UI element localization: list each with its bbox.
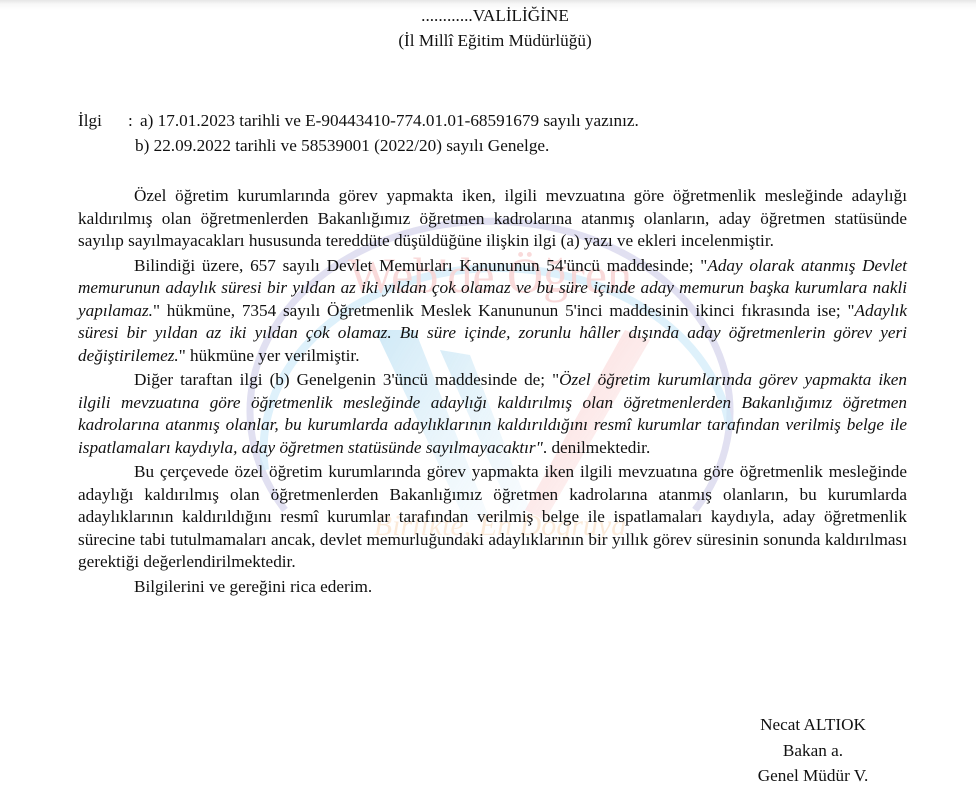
signatory-title: Genel Müdür V. (728, 763, 898, 789)
body-paragraph: Özel öğretim kurumlarında görev yapmakta… (78, 185, 907, 253)
letter-body: Özel öğretim kurumlarında görev yapmakta… (78, 185, 907, 600)
reference-row-a: İlgi : a) 17.01.2023 tarihli ve E-904434… (78, 108, 938, 133)
paragraph-text: Diğer taraftan ilgi (b) Genelgenin 3'ünc… (134, 370, 559, 389)
references-block: İlgi : a) 17.01.2023 tarihli ve E-904434… (78, 108, 938, 158)
references-label: İlgi (78, 108, 128, 133)
signatory-name: Necat ALTIOK (728, 712, 898, 738)
official-letter-page: ............VALİLİĞİNE (İl Millî Eğitim … (0, 0, 976, 791)
reference-row-b: b) 22.09.2022 tarihli ve 58539001 (2022/… (78, 133, 938, 158)
addressee-line: ............VALİLİĞİNE (0, 5, 976, 28)
paragraph-text: Bu çerçevede özel öğretim kurumlarında g… (78, 462, 907, 571)
signature-block: Necat ALTIOK Bakan a. Genel Müdür V. (728, 712, 898, 789)
signatory-on-behalf: Bakan a. (728, 738, 898, 764)
paragraph-text: Bilgilerini ve gereğini rica ederim. (134, 577, 372, 596)
body-paragraph: Bu çerçevede özel öğretim kurumlarında g… (78, 461, 907, 574)
paragraph-text: Özel öğretim kurumlarında görev yapmakta… (78, 186, 907, 250)
body-paragraph: Diğer taraftan ilgi (b) Genelgenin 3'ünc… (78, 369, 907, 459)
reference-item: a) 17.01.2023 tarihli ve E-90443410-774.… (140, 108, 639, 133)
paragraph-text: Bilindiği üzere, 657 sayılı Devlet Memur… (134, 256, 707, 275)
department-line: (İl Millî Eğitim Müdürlüğü) (0, 30, 976, 53)
paragraph-text: " hükmüne, 7354 sayılı Öğretmenlik Mesle… (153, 301, 855, 320)
reference-item: b) 22.09.2022 tarihli ve 58539001 (2022/… (135, 133, 549, 158)
references-separator: : (128, 108, 140, 133)
paragraph-text: " hükmüne yer verilmiştir. (179, 346, 360, 365)
body-paragraph: Bilgilerini ve gereğini rica ederim. (78, 576, 907, 599)
paragraph-text: . denilmektedir. (543, 438, 650, 457)
body-paragraph: Bilindiği üzere, 657 sayılı Devlet Memur… (78, 255, 907, 368)
